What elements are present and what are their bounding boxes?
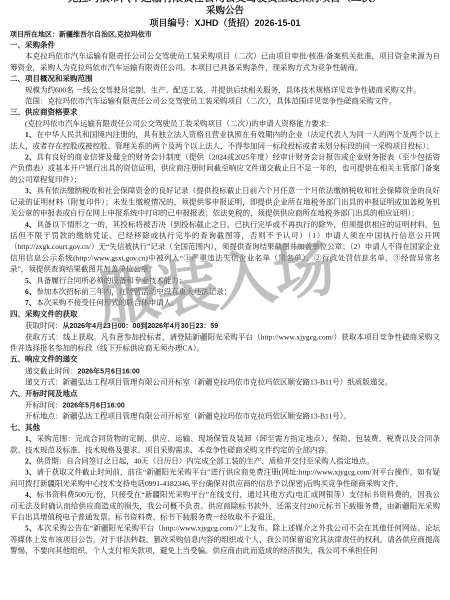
section-bid-opening: 六、开标时间及地点 开标时间：2026年5月6日16:00 开标地点：新疆弘达工… <box>10 388 440 422</box>
other-item: 2、供货期：自合同签订之日起，40天（日历日）内完成全部工装的生产、质检并交付至… <box>10 456 440 467</box>
qualification-item: 3、具有依法缴纳税收和社会保障资金的良好记录（提供投标截止日前六个月任意一个月依… <box>10 186 440 220</box>
section-heading: 七、其他 <box>10 422 440 433</box>
section-paragraph: 递交方式：新疆弘达工程项目管理有限公司开标室（新疆克拉玛依市克拉玛依区顺安路13… <box>10 377 440 388</box>
other-item: 4、标书资料费500元/份，只接受在“新疆阳光采购平台”在线支付，通过其他方式(… <box>10 490 440 524</box>
other-item: 1、采购范围：完成合同货物的定制、供应、运输、现场保管及装卸（卸至需方指定地点）… <box>10 434 440 456</box>
item-text: 具有良好的商业信誉及健全的财务会计制度（提供（2024或2025年度）经审计财务… <box>10 154 440 184</box>
section-heading: 六、开标时间及地点 <box>10 388 440 399</box>
section-heading: 一、采购条件 <box>10 40 440 51</box>
item-text: 在中华人民共和国境内注册的，具有独立法人资格且营业执照在有效期内的企业（法定代表… <box>10 131 440 150</box>
item-text: 本次采购公告在“新疆阳光采购平台（http://www.xjygcg.com/）… <box>10 525 440 555</box>
section-project-overview: 二、项目概况和采购范围 规模为约600名 一线公交驾驶员定制、生产、配送工装，并… <box>10 74 440 108</box>
item-text: 具有依法缴纳税收和社会保障资金的良好记录（提供投标截止日前六个月任意一个月依法缴… <box>10 187 440 217</box>
item-text: 参加本次招标前三年内，在经营活动中没有重大违法记录； <box>36 288 231 296</box>
item-number: 3、 <box>25 187 36 195</box>
section-supplier-qualifications: 三、供应商资格要求 (克拉玛依市汽车运输有限责任公司公交驾驶员工装采购项目（二次… <box>10 107 440 309</box>
section-heading: 三、供应商资格要求 <box>10 107 440 118</box>
item-text: 采购范围：完成合同货物的定制、供应、运输、现场保管及装卸（卸至需方指定地点）、保… <box>10 435 440 454</box>
region-value: 新疆维吾尔自治区,克拉玛依市 <box>59 31 152 39</box>
project-number-line: 项目编号：XJHD（货招）2026-15-01 <box>10 17 440 30</box>
section-heading: 四、采购文件的获取 <box>10 309 440 320</box>
item-number: 5、 <box>25 277 36 285</box>
time-value: 2026年5月6日16:00 <box>78 367 140 375</box>
section-heading: 五、响应文件的递交 <box>10 354 440 365</box>
item-text: 具备履行合同所必须的设备和专业技术能力； <box>36 277 186 285</box>
qualification-item: 7、本次采购不接受任何形式的联合体申请人。 <box>10 298 440 309</box>
project-region-line: 项目所在地区：新疆维吾尔自治区,克拉玛依市 <box>10 30 440 41</box>
qualification-item: 4、具备以下情形之一的，其投标将被否决（到投标截止之日，已执行完毕或不再执行的除… <box>10 219 440 275</box>
section-paragraph: 规模为约600名 一线公交驾驶员定制、生产、配送工装，并提供后续相关服务，具体技… <box>10 85 440 96</box>
item-number: 6、 <box>25 288 36 296</box>
qualification-item: 6、参加本次招标前三年内，在经营活动中没有重大违法记录； <box>10 286 440 297</box>
item-number: 3、 <box>25 469 36 477</box>
time-value: 2026年5月6日16:00 <box>63 401 125 409</box>
time-value: 从2026年4月23日00：00到2026年4月30日23：59 <box>63 322 219 330</box>
region-label: 项目所在地区： <box>10 31 59 39</box>
section-paragraph: 范围：克拉玛依市汽车运输有限责任公司公交驾驶员工装采购项目（二次），具体范围详见… <box>10 96 440 107</box>
item-number: 2、 <box>25 154 36 162</box>
item-number: 4、 <box>25 221 36 229</box>
time-label: 递交截止时间： <box>25 367 78 375</box>
time-label: 获取时间： <box>25 322 63 330</box>
section-paragraph: 获取方式：线上获取。凡有意参加投标者，请登陆新疆阳光采购平台（http://ww… <box>10 332 440 354</box>
section-document-acquisition: 四、采购文件的获取 获取时间：从2026年4月23日00：00到2026年4月3… <box>10 309 440 354</box>
section-paragraph: 本克拉玛依市汽车运输有限责任公司公交驾驶员工装采购项目（二次）已由项目审批/核准… <box>10 51 440 73</box>
time-label: 开标时间： <box>25 402 63 410</box>
item-text: 供货期：自合同签订之日起，40天（日历日）内完成全部工装的生产、质检并交付至采购… <box>36 458 374 466</box>
section-intro: (克拉玛依市汽车运输有限责任公司公交驾驶员工装采购项目（二次）)的申请人资格能力… <box>10 118 440 129</box>
other-item: 3、请于获取文件截止时间前，前往“新疆阳光采购平台”进行供应商免费注册(网址:h… <box>10 467 440 489</box>
section-paragraph: 开标地点：新疆弘达工程项目管理有限公司开标室（新疆克拉玛依市克拉玛依区顺安路13… <box>10 411 440 422</box>
item-number: 4、 <box>25 491 36 499</box>
item-number: 2、 <box>25 458 36 466</box>
document-scale-wrapper: 服装入场 克拉玛依市汽车运输有限责任公司公交驾驶员工装采购项目（二次） 采购公告… <box>0 0 450 591</box>
item-number: 1、 <box>25 131 36 139</box>
project-number-value: XJHD（货招）2026-15-01 <box>194 18 300 28</box>
item-number: 5、 <box>25 525 36 533</box>
document-subtitle: 采购公告 <box>10 5 440 18</box>
section-other: 七、其他 1、采购范围：完成合同货物的定制、供应、运输、现场保管及装卸（卸至需方… <box>10 422 440 556</box>
submission-deadline-line: 递交截止时间：2026年5月6日16:00 <box>10 365 440 377</box>
other-item: 5、本次采购公告在“新疆阳光采购平台（http://www.xjygcg.com… <box>10 523 440 557</box>
section-response-submission: 五、响应文件的递交 递交截止时间：2026年5月6日16:00 递交方式：新疆弘… <box>10 354 440 388</box>
item-text: 本次采购不接受任何形式的联合体申请人。 <box>36 299 179 307</box>
item-text: 标书资料费500元/份，只接受在“新疆阳光采购平台”在线支付，通过其他方式(电汇… <box>10 491 440 521</box>
qualification-item: 5、具备履行合同所必须的设备和专业技术能力； <box>10 275 440 286</box>
item-number: 1、 <box>25 435 37 443</box>
item-text: 具备以下情形之一的，其投标将被否决（到投标截止之日，已执行完毕或不再执行的除外，… <box>10 221 440 274</box>
item-text: 请于获取文件截止时间前，前往“新疆阳光采购平台”进行供应商免费注册(网址:htt… <box>10 469 440 488</box>
qualification-item: 2、具有良好的商业信誉及健全的财务会计制度（提供（2024或2025年度）经审计… <box>10 152 440 186</box>
bid-opening-time-line: 开标时间：2026年5月6日16:00 <box>10 400 440 412</box>
item-number: 7、 <box>25 299 36 307</box>
acquisition-time-line: 获取时间：从2026年4月23日00：00到2026年4月30日23：59 <box>10 320 440 332</box>
qualification-item: 1、在中华人民共和国境内注册的，具有独立法人资格且营业执照在有效期内的企业（法定… <box>10 130 440 152</box>
section-heading: 二、项目概况和采购范围 <box>10 74 440 85</box>
project-number-label: 项目编号： <box>149 18 194 28</box>
procurement-announcement-document: 服装入场 克拉玛依市汽车运输有限责任公司公交驾驶员工装采购项目（二次） 采购公告… <box>0 0 450 557</box>
section-purchase-conditions: 一、采购条件 本克拉玛依市汽车运输有限责任公司公交驾驶员工装采购项目（二次）已由… <box>10 40 440 74</box>
